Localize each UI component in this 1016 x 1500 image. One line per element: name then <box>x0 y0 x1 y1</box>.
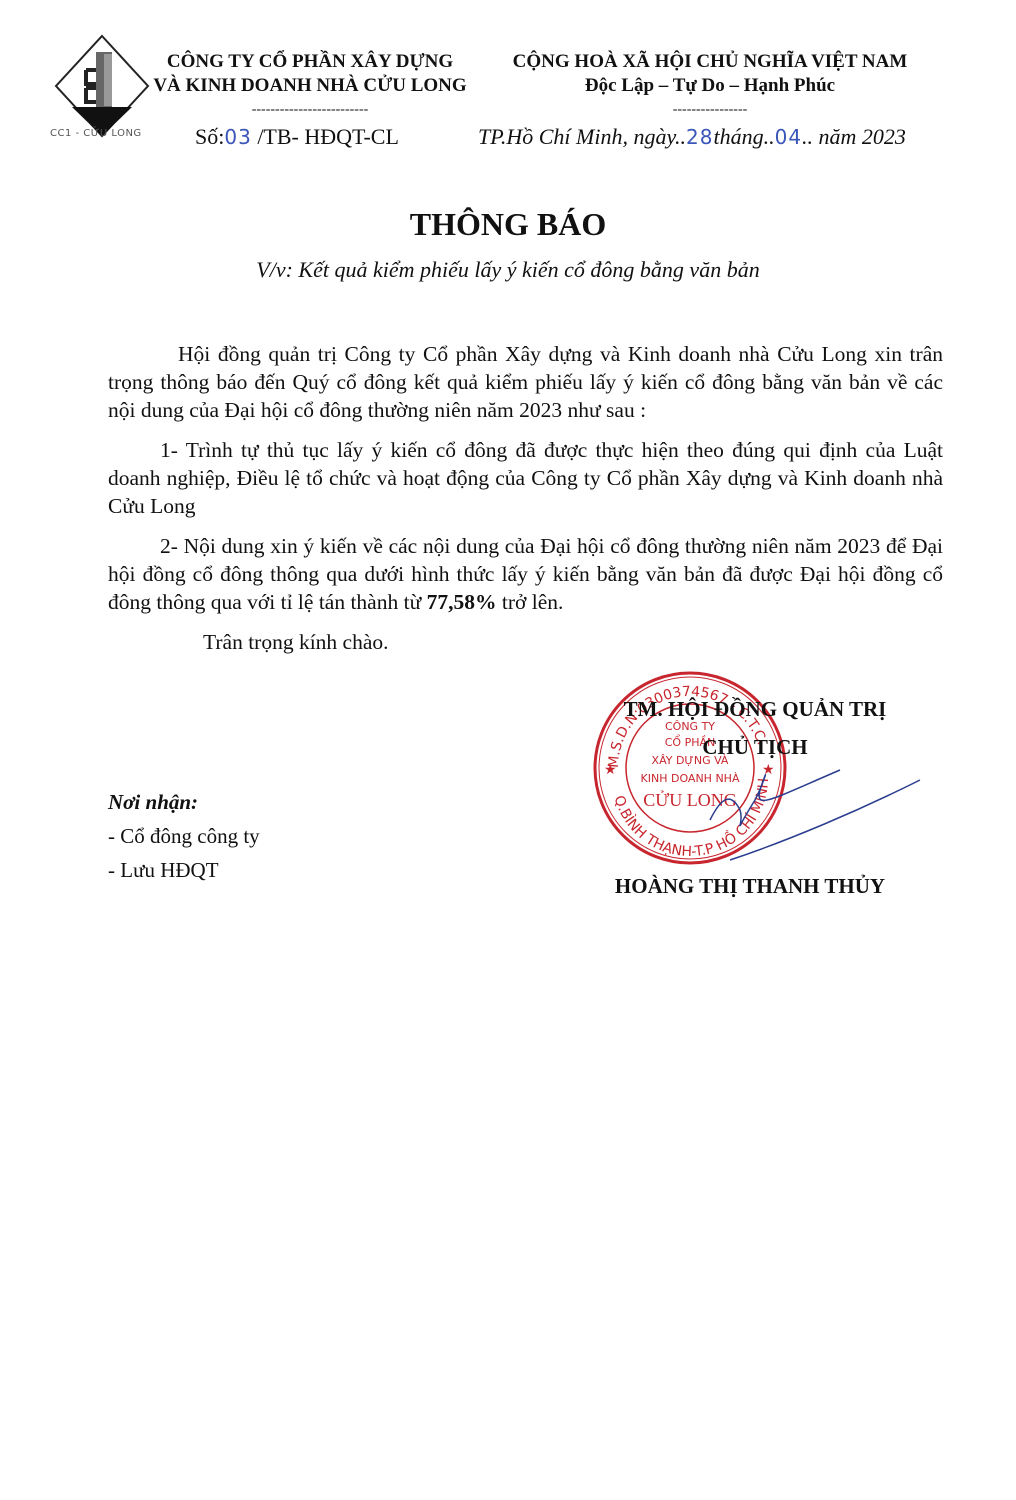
recipient-item: - Cổ đông công ty <box>108 819 260 853</box>
approval-rate: 77,58% <box>427 590 497 614</box>
position-label: CHỦ TỊCH <box>590 728 920 766</box>
company-name: CÔNG TY CỔ PHẦN XÂY DỰNG VÀ KINH DOANH N… <box>140 50 480 98</box>
recipient-item: - Lưu HĐQT <box>108 853 260 887</box>
item-1-paragraph: 1- Trình tự thủ tục lấy ý kiến cổ đông đ… <box>108 436 943 520</box>
recipients-block: Nơi nhận: - Cổ đông công ty - Lưu HĐQT <box>108 785 260 887</box>
signature-block: TM. HỘI ĐỒNG QUẢN TRỊ CHỦ TỊCH <box>590 690 920 766</box>
document-body: Hội đồng quản trị Công ty Cổ phần Xây dự… <box>108 340 943 668</box>
item-2-paragraph: 2- Nội dung xin ý kiến về các nội dung c… <box>108 532 943 616</box>
nation-line-2: Độc Lập – Tự Do – Hạnh Phúc <box>490 74 930 98</box>
nation-separator: ---------------- <box>650 103 770 117</box>
cc1-diamond-logo-icon <box>52 32 152 142</box>
closing-line: Trân trọng kính chào. <box>108 628 943 656</box>
company-line-2: VÀ KINH DOANH NHÀ CỬU LONG <box>140 74 480 98</box>
nation-line-1: CỘNG HOÀ XÃ HỘI CHỦ NGHĨA VIỆT NAM <box>490 50 930 74</box>
date-line: TP.Hồ Chí Minh, ngày..28tháng..04.. năm … <box>478 124 906 150</box>
national-motto: CỘNG HOÀ XÃ HỘI CHỦ NGHĨA VIỆT NAM Độc L… <box>490 50 930 98</box>
on-behalf-label: TM. HỘI ĐỒNG QUẢN TRỊ <box>590 690 920 728</box>
company-line-1: CÔNG TY CỔ PHẦN XÂY DỰNG <box>140 50 480 74</box>
date-day-handwritten: 28 <box>686 125 713 149</box>
logo-caption: CC1 - CỬU LONG <box>50 128 160 139</box>
document-number-handwritten: 03 <box>224 125 251 149</box>
signer-name: HOÀNG THỊ THANH THỦY <box>590 874 910 899</box>
document-number: Số:03 /TB- HĐQT-CL <box>195 124 399 150</box>
document-title: THÔNG BÁO <box>0 206 1016 243</box>
company-separator: ------------------------- <box>215 103 405 117</box>
recipients-label: Nơi nhận: <box>108 785 260 819</box>
document-subject: V/v: Kết quả kiểm phiếu lấy ý kiến cổ đô… <box>0 257 1016 283</box>
intro-paragraph: Hội đồng quản trị Công ty Cổ phần Xây dự… <box>108 340 943 424</box>
date-month-handwritten: 04 <box>775 125 802 149</box>
